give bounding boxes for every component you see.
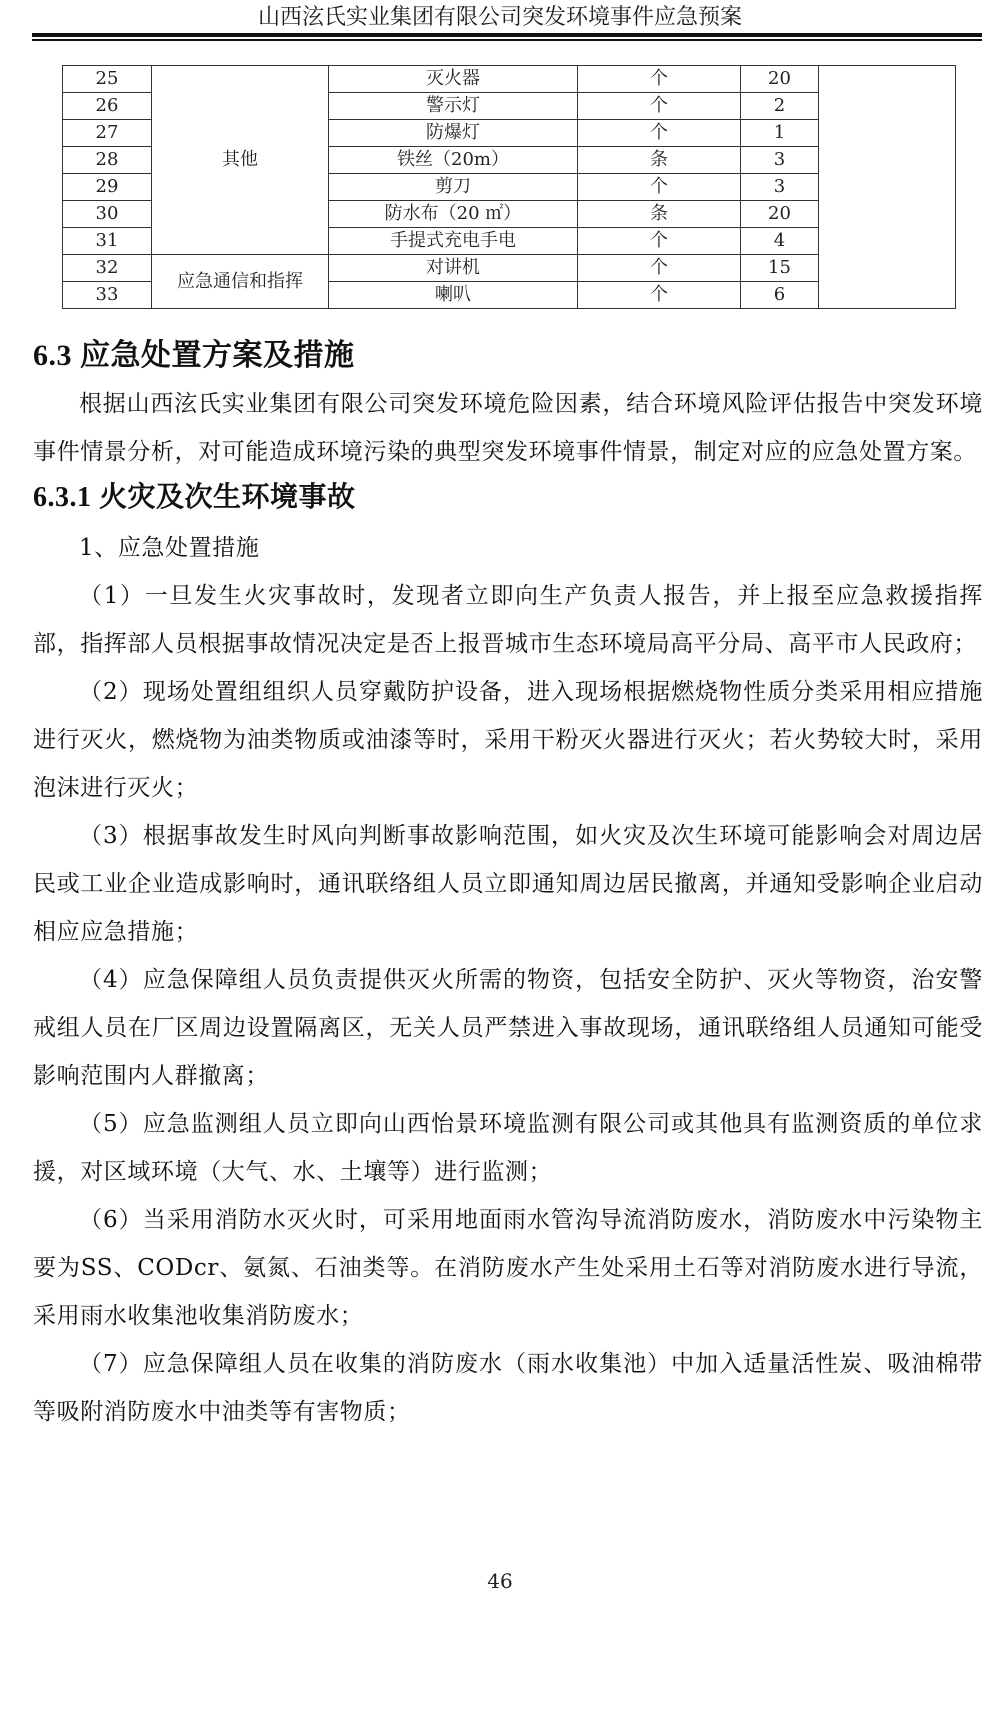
cell-qty: 4	[741, 228, 819, 255]
cell-no: 30	[63, 201, 152, 228]
section-heading-6-3-1: 6.3.1 火灾及次生环境事故	[33, 476, 983, 524]
cell-no: 27	[63, 120, 152, 147]
paragraph-item-3: （3）根据事故发生时风向判断事故影响范围，如火灾及次生环境可能影响会对周边居民或…	[33, 812, 983, 956]
paragraph-item-7: （7）应急保障组人员在收集的消防废水（雨水收集池）中加入适量活性炭、吸油棉带等吸…	[33, 1340, 983, 1436]
cell-name: 灭火器	[329, 66, 578, 93]
cell-qty: 6	[741, 282, 819, 309]
running-header-title: 山西泫氏实业集团有限公司突发环境事件应急预案	[0, 4, 1000, 32]
cell-name: 喇叭	[329, 282, 578, 309]
paragraph-intro: 根据山西泫氏实业集团有限公司突发环境危险因素，结合环境风险评估报告中突发环境事件…	[33, 380, 983, 476]
cell-unit: 个	[578, 120, 741, 147]
paragraph-item-2: （2）现场处置组组织人员穿戴防护设备，进入现场根据燃烧物性质分类采用相应措施进行…	[33, 668, 983, 812]
subheading-measures: 1、应急处置措施	[33, 524, 983, 572]
cell-category: 应急通信和指挥	[152, 255, 329, 309]
cell-name: 铁丝（20m）	[329, 147, 578, 174]
cell-name: 剪刀	[329, 174, 578, 201]
cell-unit: 个	[578, 282, 741, 309]
table-row: 25 其他 灭火器 个 20	[63, 66, 956, 93]
cell-no: 25	[63, 66, 152, 93]
cell-name: 防水布（20 ㎡）	[329, 201, 578, 228]
paragraph-item-4: （4）应急保障组人员负责提供灭火所需的物资，包括安全防护、灭火等物资，治安警戒组…	[33, 956, 983, 1100]
cell-name: 警示灯	[329, 93, 578, 120]
cell-no: 29	[63, 174, 152, 201]
cell-name: 手提式充电手电	[329, 228, 578, 255]
cell-name: 防爆灯	[329, 120, 578, 147]
cell-unit: 个	[578, 66, 741, 93]
cell-unit: 个	[578, 228, 741, 255]
cell-qty: 3	[741, 147, 819, 174]
paragraph-item-1: （1）一旦发生火灾事故时，发现者立即向生产负责人报告，并上报至应急救援指挥部，指…	[33, 572, 983, 668]
cell-no: 32	[63, 255, 152, 282]
cell-category: 其他	[152, 66, 329, 255]
paragraph-item-6: （6）当采用消防水灭火时，可采用地面雨水管沟导流消防废水，消防废水中污染物主要为…	[33, 1196, 983, 1340]
cell-qty: 2	[741, 93, 819, 120]
page-number: 46	[0, 1568, 1000, 1594]
paragraph-item-5: （5）应急监测组人员立即向山西怡景环境监测有限公司或其他具有监测资质的单位求援，…	[33, 1100, 983, 1196]
cell-unit: 个	[578, 93, 741, 120]
cell-no: 31	[63, 228, 152, 255]
cell-no: 26	[63, 93, 152, 120]
cell-no: 28	[63, 147, 152, 174]
cell-unit: 条	[578, 201, 741, 228]
cell-unit: 个	[578, 174, 741, 201]
cell-unit: 条	[578, 147, 741, 174]
cell-no: 33	[63, 282, 152, 309]
cell-qty: 15	[741, 255, 819, 282]
emergency-equipment-table: 25 其他 灭火器 个 20 26 警示灯 个 2 27 防爆灯 个 1 28 …	[62, 65, 956, 309]
cell-note	[819, 66, 956, 309]
cell-unit: 个	[578, 255, 741, 282]
cell-name: 对讲机	[329, 255, 578, 282]
header-rule-thin	[32, 39, 982, 41]
cell-qty: 3	[741, 174, 819, 201]
cell-qty: 20	[741, 201, 819, 228]
cell-qty: 20	[741, 66, 819, 93]
header-rule-thick	[32, 33, 982, 37]
document-body: 6.3 应急处置方案及措施 根据山西泫氏实业集团有限公司突发环境危险因素，结合环…	[33, 336, 983, 1436]
cell-qty: 1	[741, 120, 819, 147]
section-heading-6-3: 6.3 应急处置方案及措施	[33, 336, 983, 380]
